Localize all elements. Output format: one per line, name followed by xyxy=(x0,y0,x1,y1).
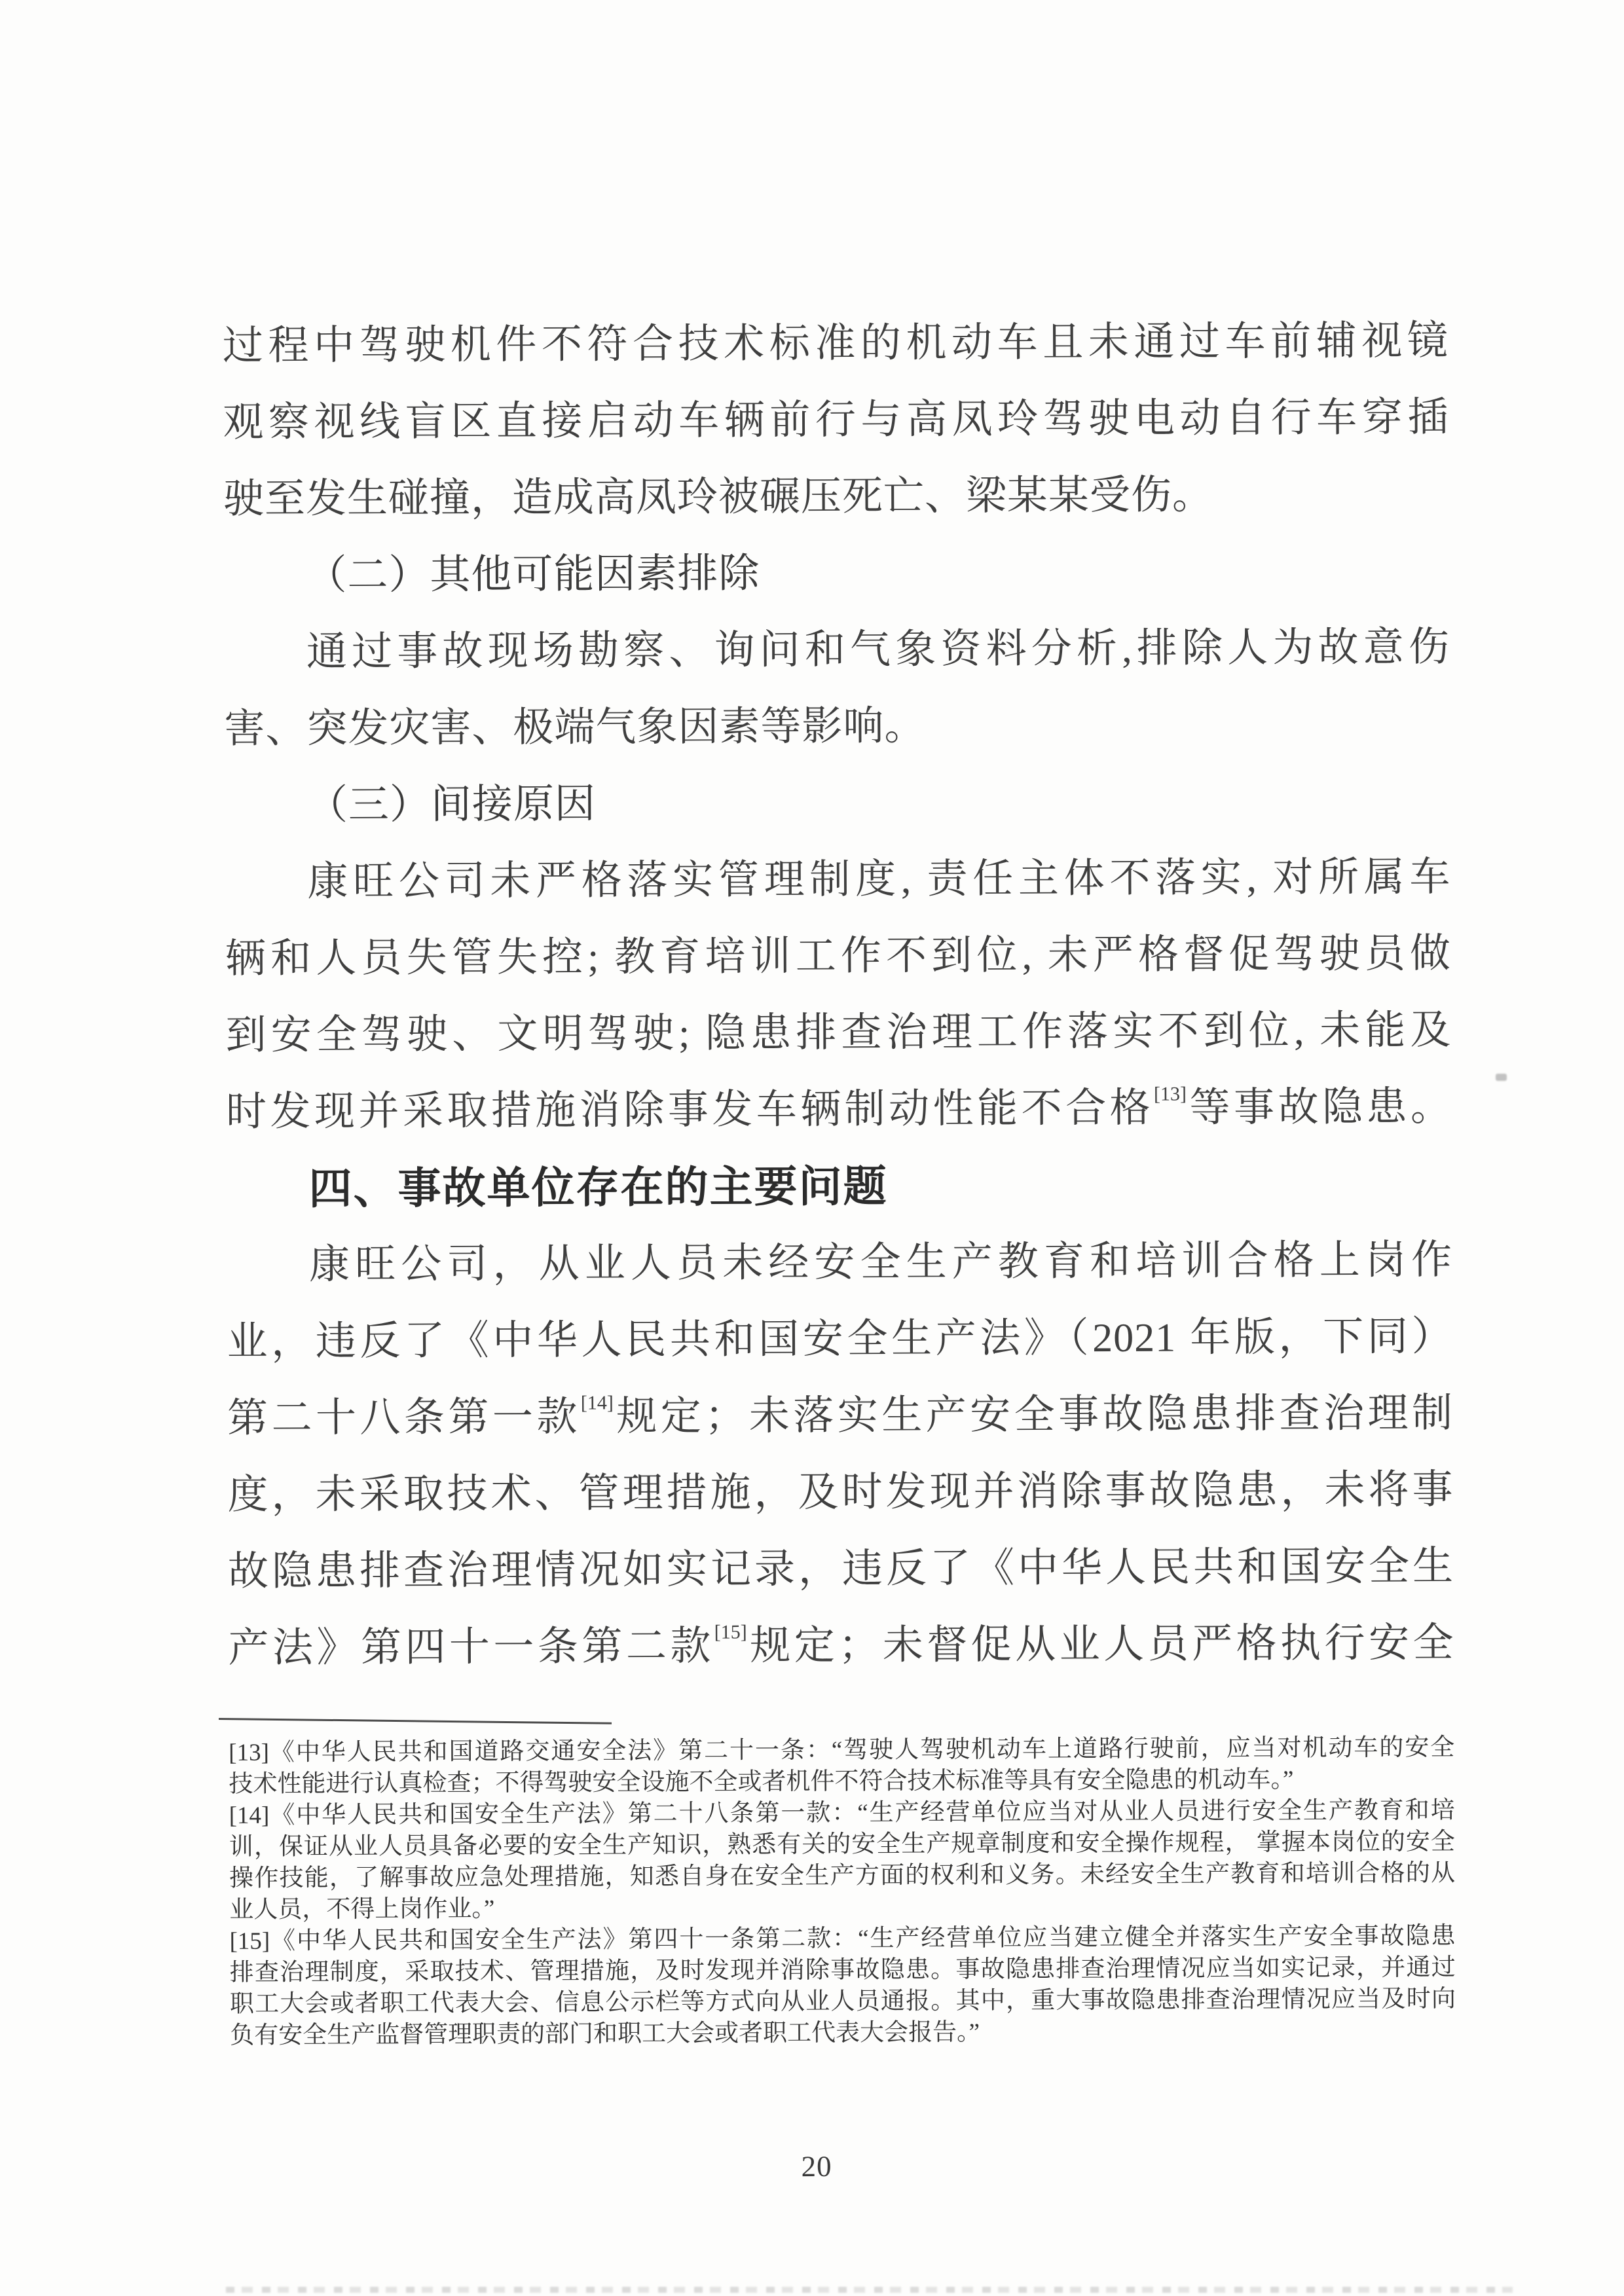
footnote-line: 业人员，不得上岗作业。” xyxy=(229,1889,1455,1926)
scan-artifact-dot xyxy=(1496,1074,1507,1081)
subsection-heading: （二）其他可能因素排除 xyxy=(223,533,1449,615)
body-line: 康旺公司，从业人员未经安全生产教育和培训合格上岗作 xyxy=(227,1222,1452,1304)
footnote-line: [15]《中华人民共和国安全生产法》第四十一条第二款：“生产经营单位应当建立健全… xyxy=(229,1921,1455,1958)
body-line: 害、突发灾害、极端气象因素等影响。 xyxy=(224,686,1450,768)
footnote-line: 排查治理制度，采取技术、管理措施，及时发现并消除事故隐患。事故隐患排查治理情况应… xyxy=(230,1952,1456,1989)
body-line: 到安全驾驶、文明驾驶; 隐患排查治理工作落实不到位, 未能及 xyxy=(225,993,1451,1074)
body-line: 故隐患排查治理情况如实记录，违反了《中华人民共和国安全生 xyxy=(228,1529,1454,1611)
footnote-line: [13]《中华人民共和国道路交通安全法》第二十一条：“驾驶人驾驶机动车上道路行驶… xyxy=(229,1732,1454,1769)
body-text: 时发现并采取措施消除事发车辆制动性能不合格 xyxy=(226,1086,1154,1135)
body-text: 规定；未落实生产安全事故隐患排查治理制 xyxy=(614,1391,1453,1440)
footnote-line: 训，保证从业人员具备必要的安全生产知识，熟悉有关的安全生产规章制度和安全操作规程… xyxy=(229,1827,1455,1863)
body-text: 第二十八条第一款 xyxy=(227,1395,581,1441)
footnote-ref-14: [14] xyxy=(581,1392,614,1413)
body-text-block: 过程中驾驶机件不符合技术标准的机动车且未通过车前辅视镜 观察视线盲区直接启动车辆… xyxy=(223,303,1454,1687)
body-text: 规定；未督促从业人员严格执行安全 xyxy=(747,1621,1454,1669)
section-heading: 四、事故单位存在的主要问题 xyxy=(226,1146,1452,1228)
footnote-separator xyxy=(219,1718,612,1724)
body-line: 康旺公司未严格落实管理制度, 责任主体不落实, 对所属车 xyxy=(225,839,1450,921)
scan-artifact-bottom xyxy=(226,2287,1513,2293)
body-line: 第二十八条第一款[14]规定；未落实生产安全事故隐患排查治理制 xyxy=(227,1376,1453,1457)
scanned-content: 过程中驾驶机件不符合技术标准的机动车且未通过车前辅视镜 观察视线盲区直接启动车辆… xyxy=(0,0,1624,2296)
footnote-ref-15: [15] xyxy=(714,1621,747,1643)
subsection-heading: （三）间接原因 xyxy=(225,763,1450,845)
body-line: 通过事故现场勘察、询问和气象资料分析,排除人为故意伤 xyxy=(224,610,1450,691)
footnote-line: [14]《中华人民共和国安全生产法》第二十八条第一款：“生产经营单位应当对从业人… xyxy=(229,1795,1455,1832)
footnote-line: 负有安全生产监督管理职责的部门和职工大会或者职工代表大会报告。” xyxy=(230,2015,1456,2052)
body-line: 辆和人员失管失控; 教育培训工作不到位, 未严格督促驾驶员做 xyxy=(225,916,1451,998)
footnotes-block: [13]《中华人民共和国道路交通安全法》第二十一条：“驾驶人驾驶机动车上道路行驶… xyxy=(229,1732,1456,2052)
page-number: 20 xyxy=(5,2146,1624,2187)
body-text: 等事故隐患。 xyxy=(1187,1085,1452,1131)
body-line: 产法》第四十一条第二款[15]规定；未督促从业人员严格执行安全 xyxy=(228,1605,1454,1687)
body-line: 驶至发生碰撞，造成高凤玲被碾压死亡、梁某某受伤。 xyxy=(223,456,1449,538)
body-line: 时发现并采取措施消除事发车辆制动性能不合格[13]等事故隐患。 xyxy=(226,1069,1452,1151)
footnote-line: 操作技能，了解事故应急处理措施，知悉自身在安全生产方面的权利和义务。未经安全生产… xyxy=(229,1858,1455,1895)
body-line: 度，未采取技术、管理措施，及时发现并消除事故隐患，未将事 xyxy=(227,1452,1453,1534)
footnote-line: 技术性能进行认真检查；不得驾驶安全设施不全或者机件不符合技术标准等具有安全隐患的… xyxy=(229,1764,1454,1800)
footnote-line: 职工大会或者职工代表大会、信息公示栏等方式向从业人员通报。其中，重大事故隐患排查… xyxy=(230,1984,1456,2020)
body-line: 业，违反了《中华人民共和国安全生产法》（2021 年版，下同） xyxy=(227,1299,1452,1381)
document-page: 过程中驾驶机件不符合技术标准的机动车且未通过车前辅视镜 观察视线盲区直接启动车辆… xyxy=(0,0,1624,2296)
body-text: 产法》第四十一条第二款 xyxy=(228,1624,714,1671)
body-line: 观察视线盲区直接启动车辆前行与高凤玲驾驶电动自行车穿插 xyxy=(223,380,1449,462)
footnote-ref-13: [13] xyxy=(1154,1084,1187,1105)
body-line: 过程中驾驶机件不符合技术标准的机动车且未通过车前辅视镜 xyxy=(223,303,1449,385)
